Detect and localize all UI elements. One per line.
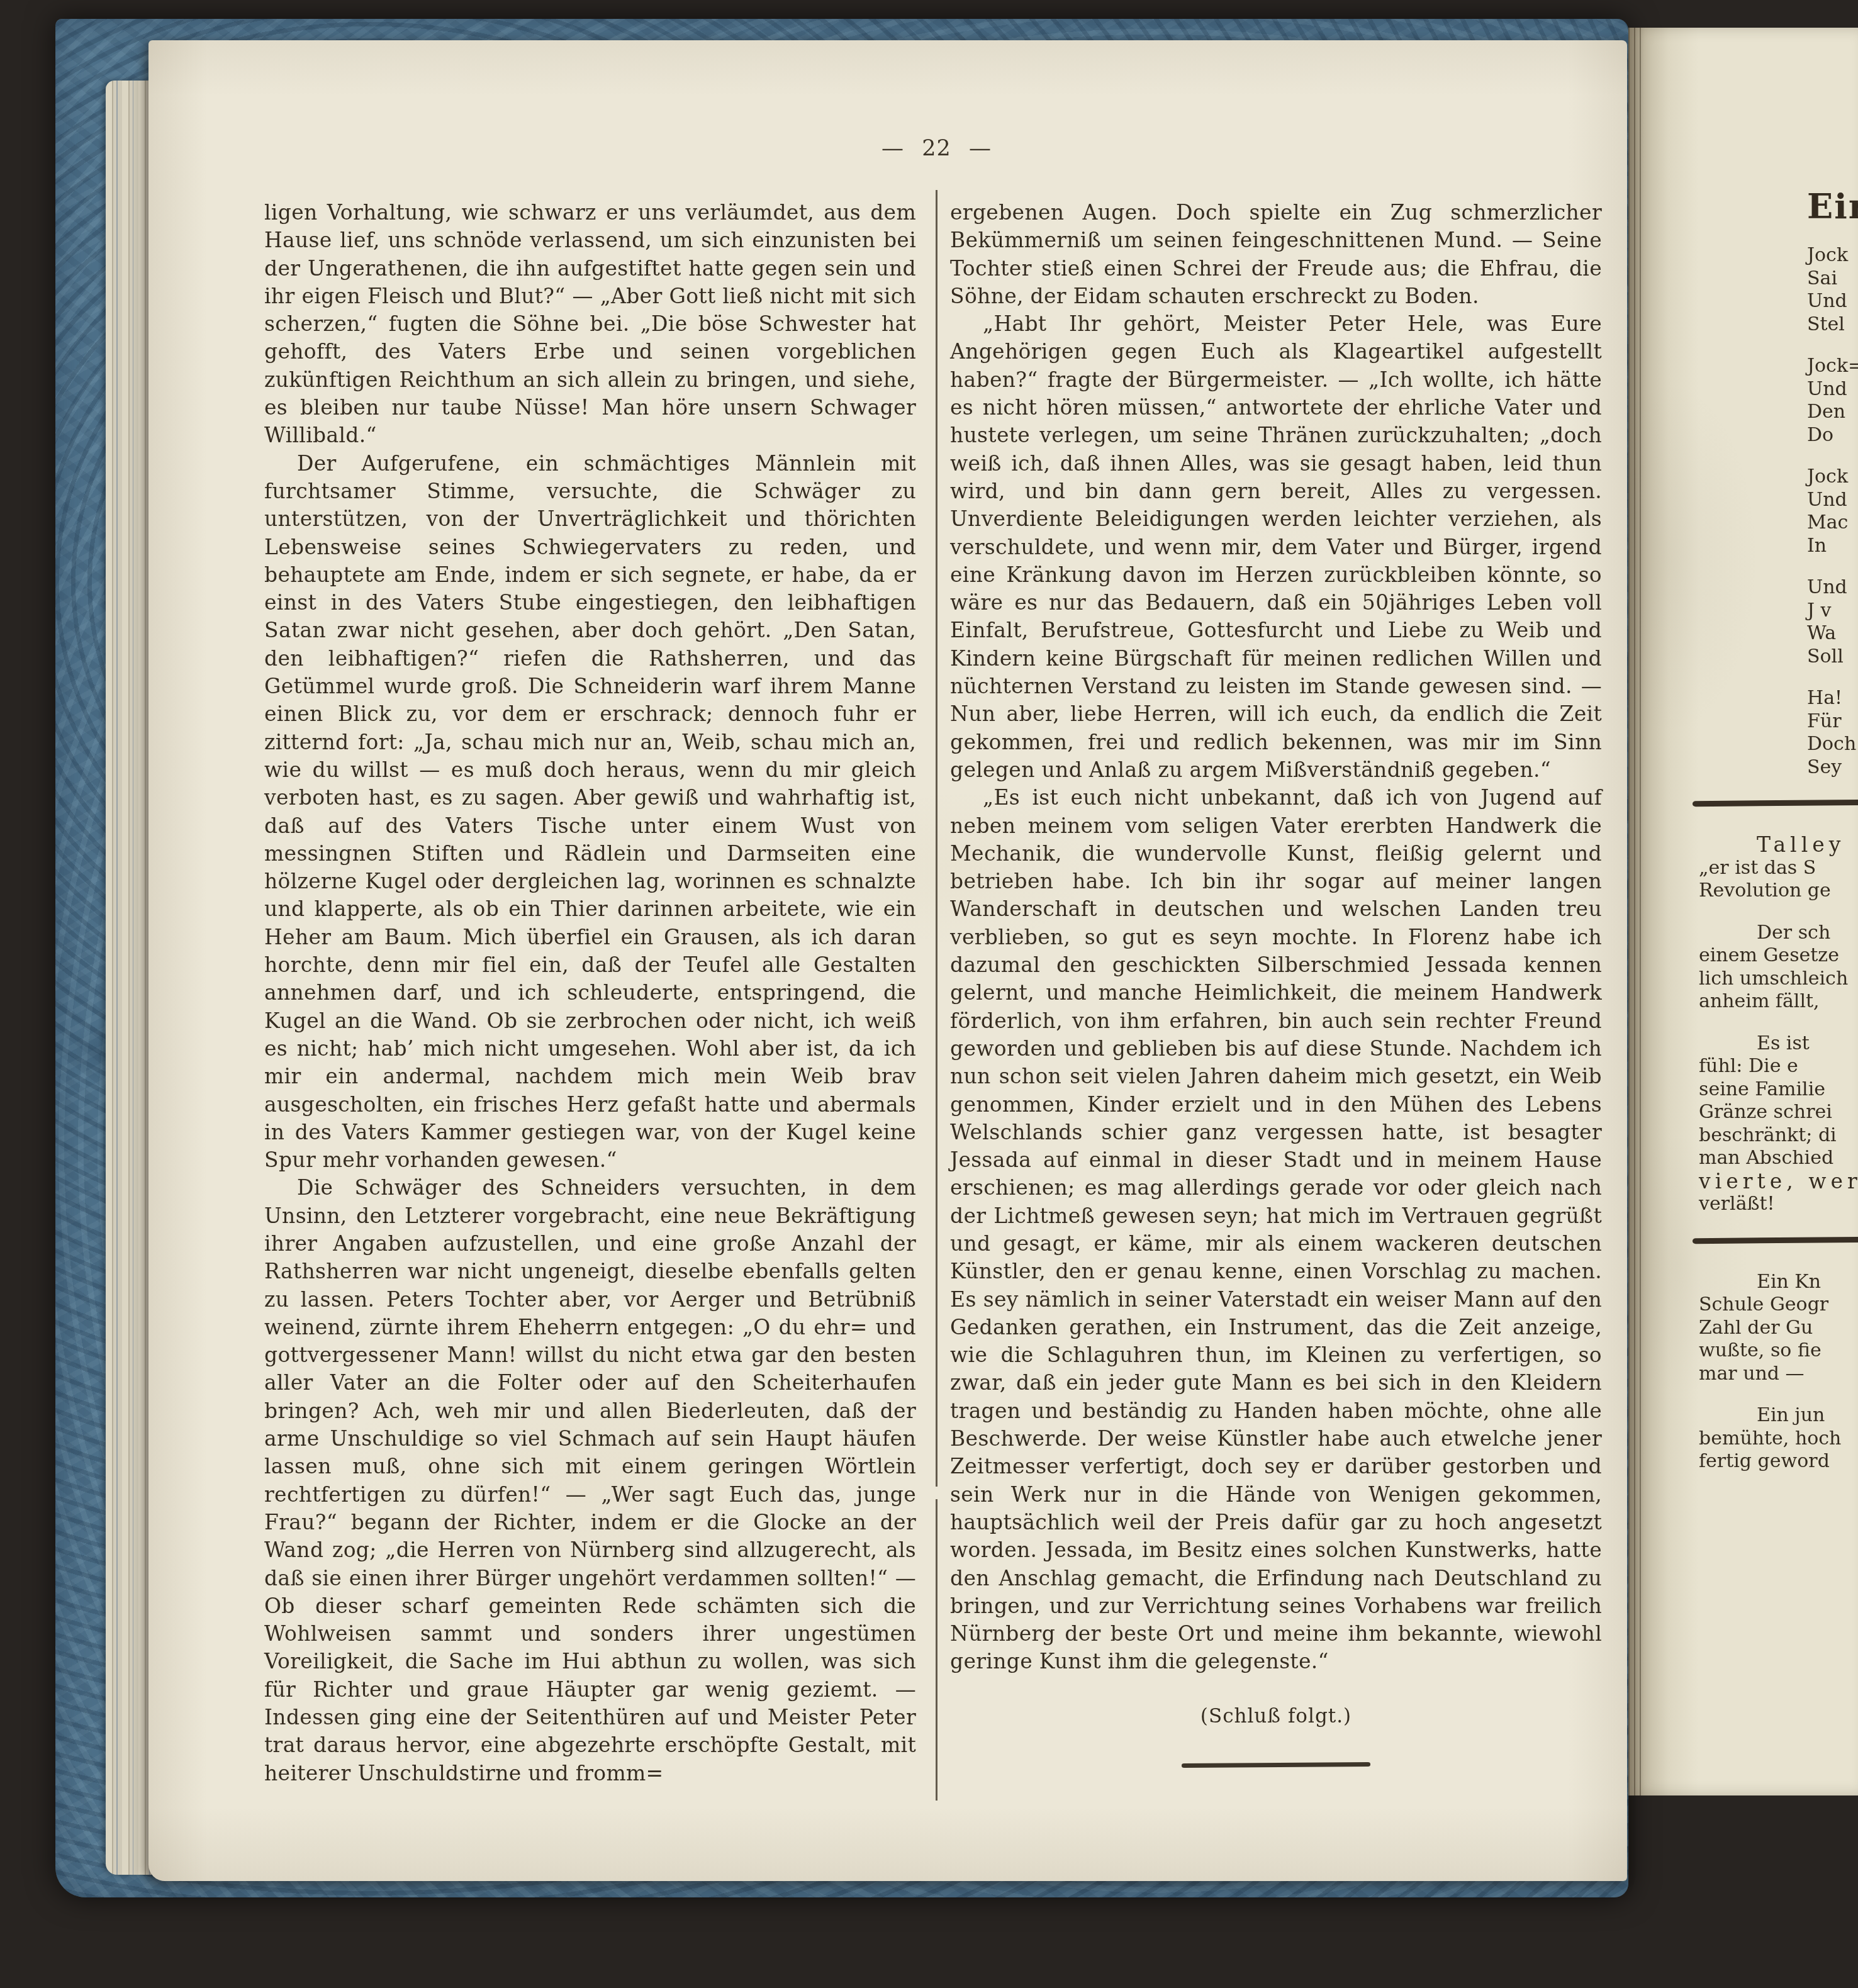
fragment-block: Es istfühl: Die eseine FamilieGränze sch…: [1699, 1032, 1858, 1216]
fragment-line: J v: [1807, 600, 1858, 623]
fragment-line: Schule Geogr: [1699, 1293, 1858, 1317]
paragraph: ligen Vorhaltung, wie schwarz er uns ver…: [264, 199, 916, 450]
photo-background: — 22 — ligen Vorhaltung, wie schwarz er …: [0, 0, 1858, 1988]
fragment-line: Soll: [1807, 645, 1858, 669]
fragment-line: Gränze schrei: [1699, 1101, 1858, 1124]
fragment-line: einem Gesetze: [1699, 944, 1858, 968]
page-number: — 22 —: [265, 136, 1608, 161]
horizontal-rule: [1693, 800, 1858, 807]
fragment-line: Ein Kn: [1757, 1271, 1858, 1294]
paragraph: „Habt Ihr gehört, Meister Peter Hele, wa…: [950, 310, 1602, 784]
fragment-line: Jock: [1807, 244, 1858, 267]
right-column: ergebenen Augen. Doch spielte ein Zug sc…: [950, 199, 1602, 1767]
horizontal-rule: [1693, 1236, 1858, 1243]
fragment-line: man Abschied: [1699, 1147, 1858, 1170]
fragment-block: Der scheinem Gesetzelich umschleichanhei…: [1699, 922, 1858, 1014]
fragment-line: Es ist: [1757, 1032, 1858, 1056]
fragment-line: lich umschleich: [1699, 968, 1858, 991]
column-divider: [936, 190, 937, 1801]
fragment-line: In: [1807, 535, 1858, 558]
fragment-line: „er ist das S: [1699, 857, 1858, 880]
fragment-line: fühl: Die e: [1699, 1055, 1858, 1078]
fragment-line: Talley: [1757, 834, 1858, 857]
paragraph: Die Schwäger des Schneiders versuchten, …: [264, 1174, 916, 1787]
fragment-block: JockSaiUndStel: [1699, 244, 1858, 336]
fragment-line: mar und —: [1699, 1363, 1858, 1386]
fragment-block: JockUndMacIn: [1699, 466, 1858, 557]
fragment-line: Do: [1807, 424, 1858, 447]
left-column: ligen Vorhaltung, wie schwarz er uns ver…: [264, 199, 916, 1787]
fragment-line: Wa: [1807, 622, 1858, 645]
closing-note: (Schluß folgt.): [950, 1702, 1602, 1730]
facing-page-column: EinJockSaiUndStelJock=UndDenDoJockUndMac…: [1699, 187, 1858, 1492]
fragment-line: Doch: [1807, 733, 1858, 756]
fragment-line: Jock: [1807, 466, 1858, 489]
fragment-block: UndJ vWaSoll: [1699, 576, 1858, 668]
fragment-line: anheim fällt,: [1699, 990, 1858, 1014]
fragment-line: Ha!: [1807, 687, 1858, 710]
fragment-line: wußte, so fie: [1699, 1339, 1858, 1363]
fragment-block: Ein KnSchule GeogrZahl der Guwußte, so f…: [1699, 1271, 1858, 1386]
paragraph: Der Aufgerufene, ein schmächtiges Männle…: [264, 450, 916, 1175]
paragraph: ergebenen Augen. Doch spielte ein Zug sc…: [950, 199, 1602, 310]
fragment-line: Sey: [1807, 756, 1858, 779]
fragment-line: vierte, wer: [1699, 1170, 1858, 1193]
gutter-shadow: [1628, 28, 1643, 1795]
fragment-line: Für: [1807, 710, 1858, 734]
fragment-line: Mac: [1807, 511, 1858, 535]
fragment-line: Jock=: [1807, 355, 1858, 378]
fragment-line: Und: [1807, 290, 1858, 313]
left-page: — 22 — ligen Vorhaltung, wie schwarz er …: [148, 40, 1627, 1881]
fragment-block: Ein junbemühte, hochfertig geword: [1699, 1404, 1858, 1473]
fragment-line: Sai: [1807, 267, 1858, 291]
facing-page-heading: Ein: [1699, 187, 1858, 225]
section-end-rule: [1182, 1762, 1370, 1768]
fragment-line: Ein jun: [1757, 1404, 1858, 1427]
fragment-line: Stel: [1807, 313, 1858, 337]
fragment-line: Und: [1807, 378, 1858, 401]
fragment-line: Der sch: [1757, 922, 1858, 945]
fragment-line: fertig geword: [1699, 1450, 1858, 1473]
fragment-line: seine Familie: [1699, 1078, 1858, 1102]
fragment-line: Und: [1807, 489, 1858, 512]
fragment-block: Ha!FürDochSey: [1699, 687, 1858, 779]
fragment-line: Revolution ge: [1699, 880, 1858, 903]
fragment-line: Und: [1807, 576, 1858, 600]
fragment-line: beschränkt; di: [1699, 1124, 1858, 1148]
fragment-line: verläßt!: [1699, 1193, 1858, 1216]
paragraph: „Es ist euch nicht unbekannt, daß ich vo…: [950, 784, 1602, 1676]
fragment-line: Ein: [1807, 187, 1858, 225]
fragment-line: Den: [1807, 401, 1858, 424]
fragment-line: bemühte, hoch: [1699, 1427, 1858, 1451]
fragment-block: Jock=UndDenDo: [1699, 355, 1858, 447]
fragment-block: Talley„er ist das SRevolution ge: [1699, 834, 1858, 903]
facing-page: EinJockSaiUndStelJock=UndDenDoJockUndMac…: [1628, 28, 1858, 1795]
fragment-line: Zahl der Gu: [1699, 1317, 1858, 1340]
